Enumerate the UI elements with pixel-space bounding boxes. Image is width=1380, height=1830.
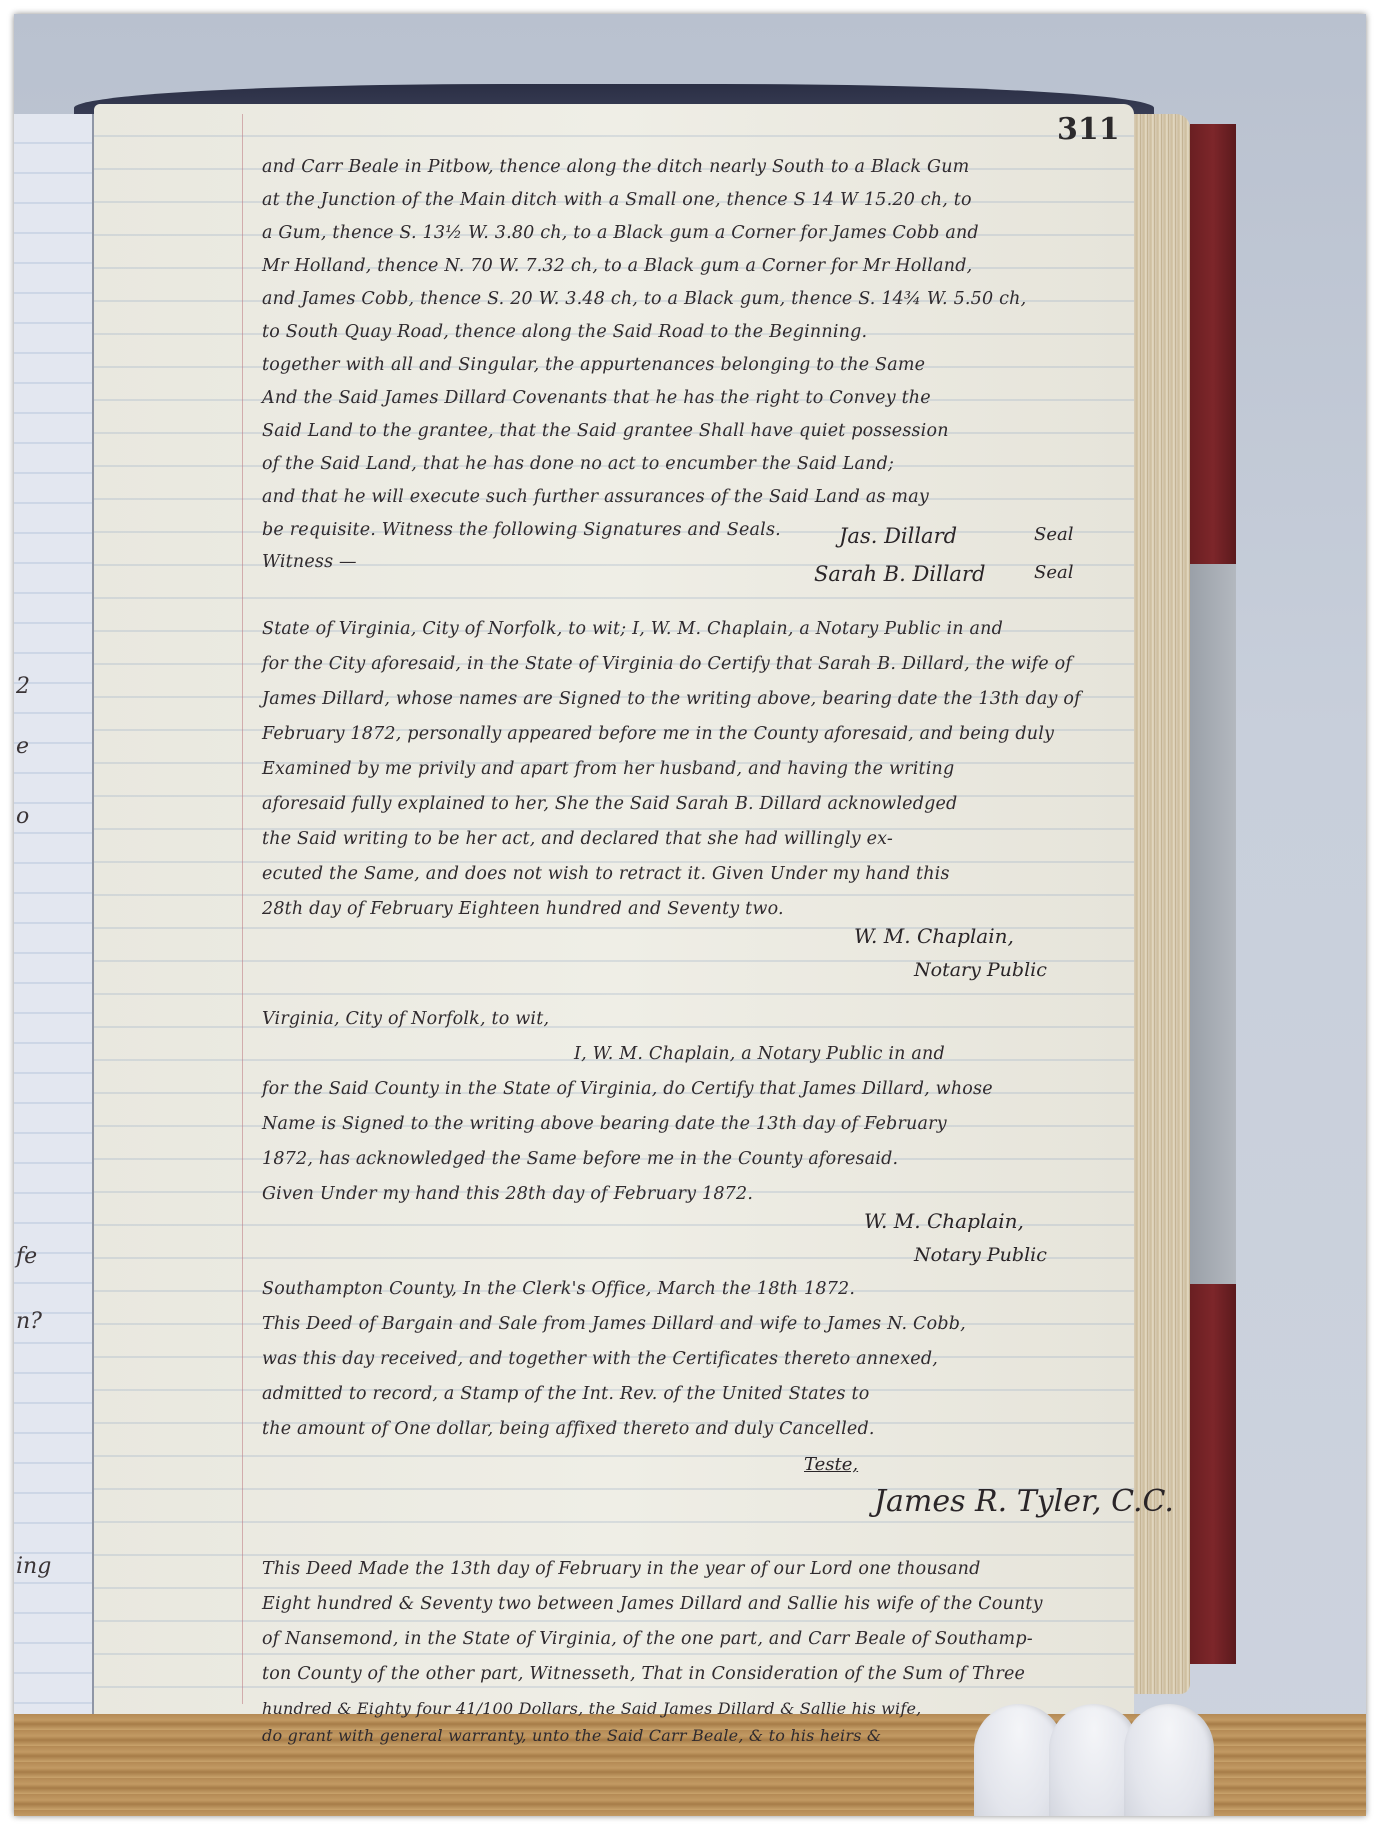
text-line: the Said writing to be her act, and decl… bbox=[262, 829, 893, 849]
text-line: aforesaid fully explained to her, She th… bbox=[262, 794, 957, 814]
text-line: This Deed of Bargain and Sale from James… bbox=[262, 1314, 966, 1334]
binding-gap bbox=[1190, 564, 1236, 1284]
seal-label: Seal bbox=[1034, 562, 1073, 583]
book-photograph: 2 e o fe n? ing 311 and Carr Beale in Pi… bbox=[14, 14, 1366, 1816]
text-line: Eight hundred & Seventy two between Jame… bbox=[262, 1594, 1043, 1614]
signature-notary: W. M. Chaplain, bbox=[864, 1209, 1024, 1233]
text-line: Examined by me privily and apart from he… bbox=[262, 759, 954, 779]
text-line: for the Said County in the State of Virg… bbox=[262, 1079, 993, 1099]
text-line: and James Cobb, thence S. 20 W. 3.48 ch,… bbox=[262, 289, 1026, 309]
signature-jas-dillard: Jas. Dillard bbox=[839, 524, 957, 548]
teste-label: Teste, bbox=[804, 1454, 858, 1475]
seal-label: Seal bbox=[1034, 524, 1073, 545]
text-line: And the Said James Dillard Covenants tha… bbox=[262, 388, 931, 408]
text-line: ecuted the Same, and does not wish to re… bbox=[262, 864, 950, 884]
text-line: was this day received, and together with… bbox=[262, 1349, 938, 1369]
text-line: of Nansemond, in the State of Virginia, … bbox=[262, 1629, 1033, 1649]
text-line: February 1872, personally appeared befor… bbox=[262, 724, 1054, 744]
text-line: at the Junction of the Main ditch with a… bbox=[262, 190, 972, 210]
text-line: Name is Signed to the writing above bear… bbox=[262, 1114, 947, 1134]
text-line: to South Quay Road, thence along the Sai… bbox=[262, 322, 867, 342]
left-page: 2 e o fe n? ing bbox=[14, 114, 94, 1724]
page-edges bbox=[1134, 114, 1190, 1694]
gloved-finger bbox=[1124, 1704, 1214, 1816]
text-line: 28th day of February Eighteen hundred an… bbox=[262, 899, 784, 919]
text-line: be requisite. Witness the following Sign… bbox=[262, 520, 781, 540]
text-line: ton County of the other part, Witnesseth… bbox=[262, 1664, 1025, 1684]
text-line: admitted to record, a Stamp of the Int. … bbox=[262, 1384, 869, 1404]
text-line: of the Said Land, that he has done no ac… bbox=[262, 454, 894, 474]
text-line: This Deed Made the 13th day of February … bbox=[262, 1559, 981, 1579]
text-line: State of Virginia, City of Norfolk, to w… bbox=[262, 619, 1003, 639]
text-line: Southampton County, In the Clerk's Offic… bbox=[262, 1279, 855, 1299]
left-page-fragment: e bbox=[16, 734, 29, 759]
text-line: do grant with general warranty, unto the… bbox=[262, 1726, 881, 1745]
text-line: I, W. M. Chaplain, a Notary Public in an… bbox=[574, 1044, 945, 1064]
witness-label: Witness — bbox=[262, 552, 357, 572]
text-line: James Dillard, whose names are Signed to… bbox=[262, 689, 1081, 709]
margin-rule bbox=[242, 114, 243, 1704]
text-line: Mr Holland, thence N. 70 W. 7.32 ch, to … bbox=[262, 256, 972, 276]
text-line: hundred & Eighty four 41/100 Dollars, th… bbox=[262, 1699, 921, 1718]
text-line: the amount of One dollar, being affixed … bbox=[262, 1419, 875, 1439]
text-line: for the City aforesaid, in the State of … bbox=[262, 654, 1072, 674]
text-line: Given Under my hand this 28th day of Feb… bbox=[262, 1184, 753, 1204]
left-page-fragment: o bbox=[16, 804, 29, 829]
notary-title: Notary Public bbox=[914, 959, 1047, 981]
text-line: Virginia, City of Norfolk, to wit, bbox=[262, 1009, 549, 1029]
left-page-fragment: n? bbox=[16, 1309, 42, 1334]
text-line: and Carr Beale in Pitbow, thence along t… bbox=[262, 157, 969, 177]
page-number: 311 bbox=[1057, 112, 1120, 147]
text-line: together with all and Singular, the appu… bbox=[262, 355, 925, 375]
notary-title: Notary Public bbox=[914, 1244, 1047, 1266]
signature-notary: W. M. Chaplain, bbox=[854, 924, 1014, 948]
left-page-fragment: fe bbox=[16, 1244, 37, 1269]
left-page-fragment: ing bbox=[16, 1554, 51, 1579]
text-line: a Gum, thence S. 13½ W. 3.80 ch, to a Bl… bbox=[262, 223, 979, 243]
text-line: 1872, has acknowledged the Same before m… bbox=[262, 1149, 898, 1169]
text-line: and that he will execute such further as… bbox=[262, 487, 929, 507]
left-page-fragment: 2 bbox=[16, 674, 30, 699]
signature-sarah-dillard: Sarah B. Dillard bbox=[814, 562, 985, 586]
text-line: Said Land to the grantee, that the Said … bbox=[262, 421, 949, 441]
signature-clerk: James R. Tyler, C.C. bbox=[874, 1484, 1174, 1519]
